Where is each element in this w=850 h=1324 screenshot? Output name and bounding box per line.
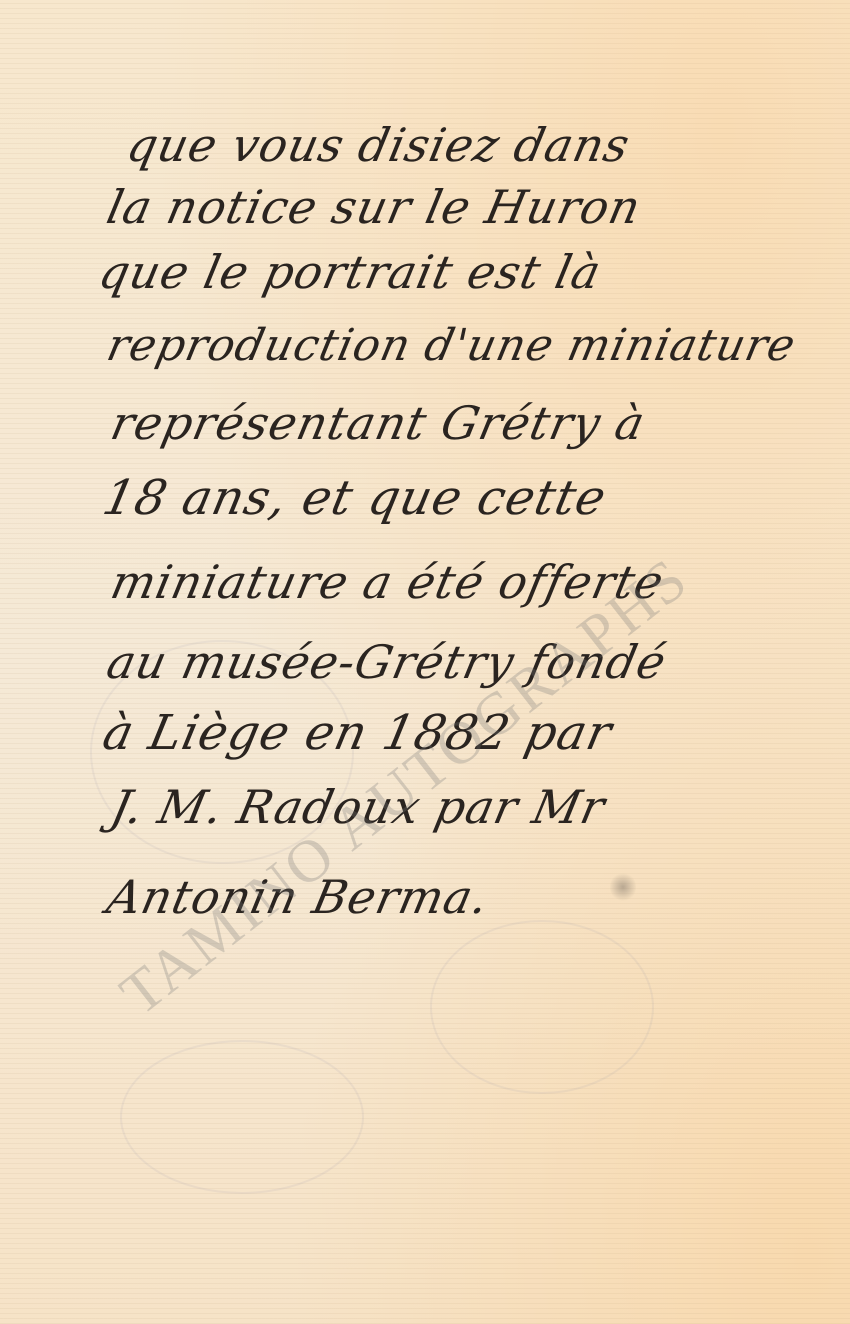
letter-page: que vous disiez dans la notice sur le Hu… xyxy=(0,0,850,1324)
handwritten-line-1: que vous disiez dans xyxy=(122,118,635,172)
bleed-through-mark xyxy=(430,920,654,1094)
bleed-through-mark xyxy=(120,1040,364,1194)
handwritten-line-3: que le portrait est là xyxy=(94,245,606,299)
handwritten-line-4: reproduction d'une miniature xyxy=(103,320,801,371)
ink-blot xyxy=(610,872,636,902)
handwritten-line-2: la notice sur le Huron xyxy=(102,180,646,234)
handwritten-line-5: représentant Grétry à xyxy=(106,396,650,450)
handwritten-line-6: 18 ans, et que cette xyxy=(98,470,611,526)
